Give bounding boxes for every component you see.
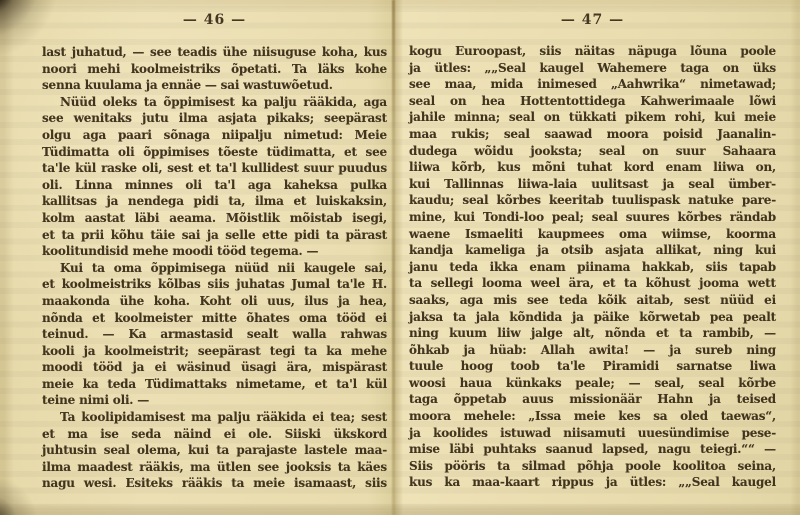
text-line: tagaõppetabauusmissionäärHahnjateised — [409, 391, 776, 408]
text-line: Nüüdolekstaõppimisestkapaljurääkida,aga — [42, 94, 387, 111]
text-line: õhkabjahüab:Allahawita!—jasurebning — [409, 342, 776, 359]
text-line: juhtusinsealolema,kuitaparajastelastelem… — [42, 442, 387, 459]
text-line: ningkuumliiwjalgealt,nõndaettarambib,— — [409, 325, 776, 342]
text-line: jahileminna;sealontükkatipikemrohi,kuime… — [409, 109, 776, 126]
text-line: maarukis;sealsaawadmoorapoisidJaanalin- — [409, 126, 776, 143]
book-scan-spread: — 46 — lastjuhatud,—seeteadisüheniisugus… — [0, 0, 800, 515]
text-line: kandjakameligajaotsibasjataallikat,ningk… — [409, 242, 776, 259]
text-line: lastjuhatud,—seeteadisüheniisugusekoha,k… — [42, 44, 387, 61]
text-line: olguagapaarisõnaganiipaljunimetud:Meie — [42, 127, 387, 144]
text-line: maakondaühekoha.Kohtoliuus,ilusjahea, — [42, 293, 387, 310]
text-line: tasellegiloomaweelära,ettakõhustjoomawet… — [409, 275, 776, 292]
left-page-text-block: lastjuhatud,—seeteadisüheniisugusekoha,k… — [42, 44, 387, 492]
text-line: Takoolipidamisestmapaljurääkidaeitea;ses… — [42, 409, 387, 426]
text-line: kuskamaa-kaartrippusjaütles:„„Sealkaugel — [409, 474, 776, 491]
text-line: senna kuulama ja ennäe — sai wastuwõetud… — [42, 77, 387, 94]
text-line: etkoolmeistrikskõlbassiisjuhatasJumalta'… — [42, 276, 387, 293]
text-line: mine,kuiTondi-loopeal;sealsuureskõrbesrä… — [409, 209, 776, 226]
text-line: teinud.—Kaarmastasidsealtwallarahwas — [42, 326, 387, 343]
text-line: Kuitaomaõppimiseganüüdniikaugelesai, — [42, 260, 387, 277]
text-line: kuiTallinnasliiwa-laiauulitsastjasealümb… — [409, 176, 776, 193]
text-line: meiekatedaTüdimattaksnimetame,etta'lkül — [42, 376, 387, 393]
text-line: janutedaikkaenampiinamahakkab,siistapab — [409, 259, 776, 276]
text-line: seewenitaksjutuilmaasjatapikaks;seepäras… — [42, 110, 387, 127]
text-line: sealonheaHottentottidegaKahwerimaalelõwi — [409, 93, 776, 110]
right-page-text-block: koguEuroopast,siisnäitasnäpugalõunapoole… — [409, 43, 776, 491]
text-line: jaütles:„„SealkaugelWahemeretagaonüks — [409, 60, 776, 77]
text-line: naguwesi.Esiteksrääkistameieisamaast,sii… — [42, 475, 387, 492]
text-line: miseläbipuhtakssaanudlapsed,naguteiegi.“… — [409, 441, 776, 458]
text-line: koguEuroopast,siisnäitasnäpugalõunapoole — [409, 43, 776, 60]
page-number-right: — 47 — — [409, 12, 776, 28]
text-line: kolmaastatläbiaeama.Mõistlikmõistabisegi… — [42, 210, 387, 227]
text-line: jaksatajalakõndidajapäikekõrwetabpeapeal… — [409, 309, 776, 326]
text-line: seemaa,midainimesed„Aahwrika“nimetawad; — [409, 76, 776, 93]
text-line: oli.Linnaminnesolita'lagakaheksapulka — [42, 177, 387, 194]
text-line: woosihauakünkakspeale;—seal,sealkõrbe — [409, 375, 776, 392]
text-line: noorimehikoolmeistriksõpetati.Taläkskohe — [42, 61, 387, 78]
page-number-left: — 46 — — [42, 12, 387, 28]
text-line: liiwakõrb,kusmõnituhatkordenamliiwaon, — [409, 159, 776, 176]
text-line: nõndaetkoolmeistermitteõhatesomatöödei — [42, 310, 387, 327]
text-line: mooramehele:„Issameiekessaoledtaewas“, — [409, 408, 776, 425]
text-line: Siispööristasilmadpõhjapoolekoolitoasein… — [409, 458, 776, 475]
text-line: etmaisesedanäindeiole.Siiskiükskord — [42, 426, 387, 443]
text-line: jakoolidesistuwadniisamutiuuesündimisepe… — [409, 425, 776, 442]
text-line: saaks,agamisseetedakõikaitab,sestnüüdei — [409, 292, 776, 309]
left-page: — 46 — lastjuhatud,—seeteadisüheniisugus… — [42, 0, 387, 515]
text-line: kaudu;sealkõrbeskeeritabtuulispasknatuke… — [409, 192, 776, 209]
text-line: dudegawõidujooksta;sealonsuurSahaara — [409, 143, 776, 160]
right-page: — 47 — koguEuroopast,siisnäitasnäpugalõu… — [409, 0, 776, 515]
text-line: teine nimi oli. — — [42, 392, 387, 409]
text-line: ta'lekülraskeoli,sestetta'lkullidestsuur… — [42, 160, 387, 177]
gutter-crease — [392, 0, 395, 515]
text-line: Tüdimattaoliõppimisestõestetüdimatta,ets… — [42, 144, 387, 161]
text-line: waeneIsmaelitikaupmeesomawiimse,koorma — [409, 226, 776, 243]
text-line: tuulehoogtoobta'lePiramidisarnatseliwa — [409, 358, 776, 375]
text-line: kallitsasjanendegapidita,ilmaetluiskaksi… — [42, 193, 387, 210]
text-line: ettapriikõhutäiesaijaselleettepiditapära… — [42, 227, 387, 244]
text-line: koolijakoolmeistrit;seepärasttegitakameh… — [42, 343, 387, 360]
text-line: ilmamaadesträäkis,maütlenseejooksistakäe… — [42, 459, 387, 476]
text-line: koolitundisid mehe moodi tööd tegema. — — [42, 243, 387, 260]
text-line: mooditöödjaeiwäsinudüsagiära,mispärast — [42, 359, 387, 376]
